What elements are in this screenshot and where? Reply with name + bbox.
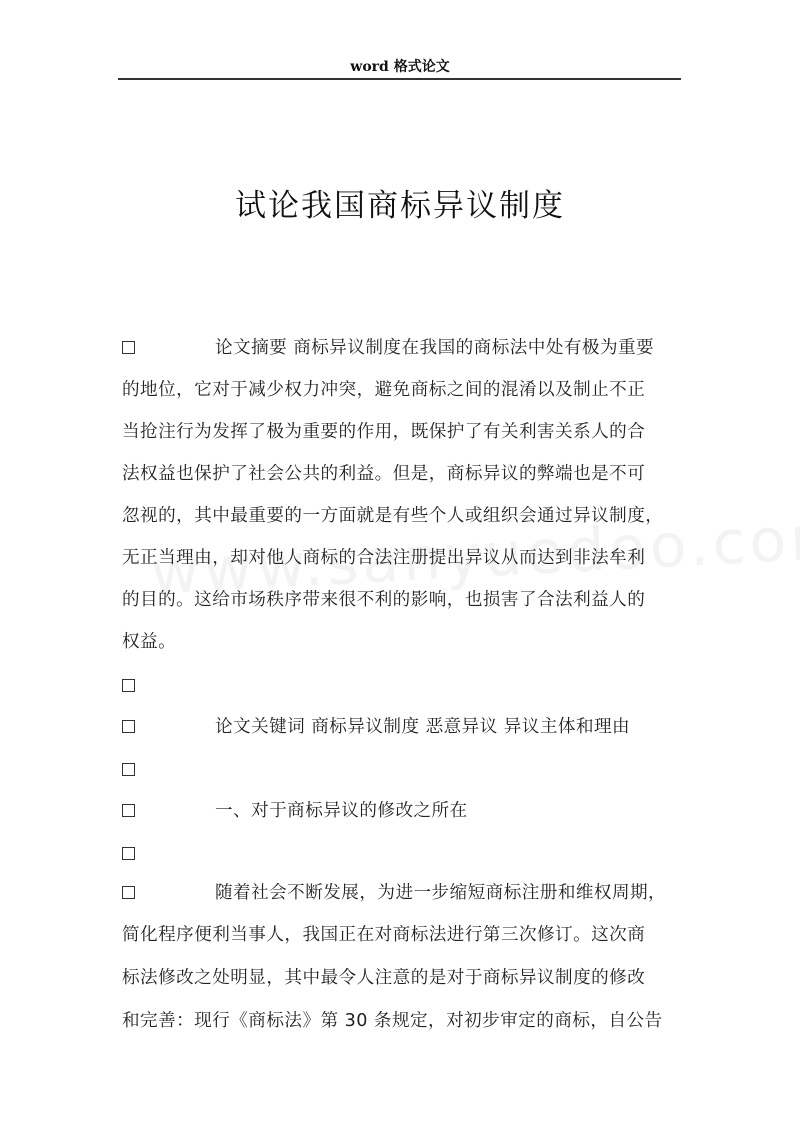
empty-line bbox=[122, 756, 682, 784]
text-line: 随着社会不断发展，为进一步缩短商标注册和维权周期， bbox=[215, 883, 666, 903]
body-line-4: 和完善：现行《商标法》第 30 条规定，对初步审定的商标，自公告 bbox=[122, 1007, 682, 1035]
section-heading: 一、对于商标异议的修改之所在 bbox=[215, 801, 468, 821]
placeholder-box-icon bbox=[122, 804, 135, 817]
document-title: 试论我国商标异议制度 bbox=[0, 180, 800, 225]
keywords-text: 论文关键词 商标异议制度 恶意异议 异议主体和理由 bbox=[215, 717, 630, 737]
abstract-line-4: 法权益也保护了社会公共的利益。但是，商标异议的弊端也是不可 bbox=[122, 460, 682, 488]
placeholder-box-icon bbox=[122, 847, 135, 860]
placeholder-box-icon bbox=[122, 720, 135, 733]
abstract-line-1: 论文摘要 商标异议制度在我国的商标法中处有极为重要 bbox=[122, 334, 682, 362]
abstract-line-6: 无正当理由，却对他人商标的合法注册提出异议从而达到非法牟利 bbox=[122, 544, 682, 572]
page-header: word 格式论文 bbox=[118, 56, 682, 80]
empty-line bbox=[122, 672, 682, 700]
header-divider bbox=[118, 78, 681, 80]
empty-line bbox=[122, 840, 682, 868]
text-line: 论文摘要 商标异议制度在我国的商标法中处有极为重要 bbox=[215, 338, 654, 358]
abstract-line-2: 的地位，它对于减少权力冲突，避免商标之间的混淆以及制止不正 bbox=[122, 376, 682, 404]
abstract-line-8: 权益。 bbox=[122, 628, 682, 656]
body-line-2: 简化程序便利当事人，我国正在对商标法进行第三次修订。这次商 bbox=[122, 921, 682, 949]
placeholder-box-icon bbox=[122, 886, 135, 899]
placeholder-box-icon bbox=[122, 341, 135, 354]
body-line-1: 随着社会不断发展，为进一步缩短商标注册和维权周期， bbox=[122, 879, 682, 907]
abstract-line-5: 忽视的，其中最重要的一方面就是有些个人或组织会通过异议制度， bbox=[122, 502, 682, 530]
placeholder-box-icon bbox=[122, 679, 135, 692]
abstract-line-3: 当抢注行为发挥了极为重要的作用，既保护了有关利害关系人的合 bbox=[122, 418, 682, 446]
placeholder-box-icon bbox=[122, 763, 135, 776]
abstract-line-7: 的目的。这给市场秩序带来很不利的影响，也损害了合法利益人的 bbox=[122, 586, 682, 614]
body-line-3: 标法修改之处明显，其中最令人注意的是对于商标异议制度的修改 bbox=[122, 964, 682, 992]
keywords-line: 论文关键词 商标异议制度 恶意异议 异议主体和理由 bbox=[122, 713, 682, 741]
section-heading-line: 一、对于商标异议的修改之所在 bbox=[122, 797, 682, 825]
